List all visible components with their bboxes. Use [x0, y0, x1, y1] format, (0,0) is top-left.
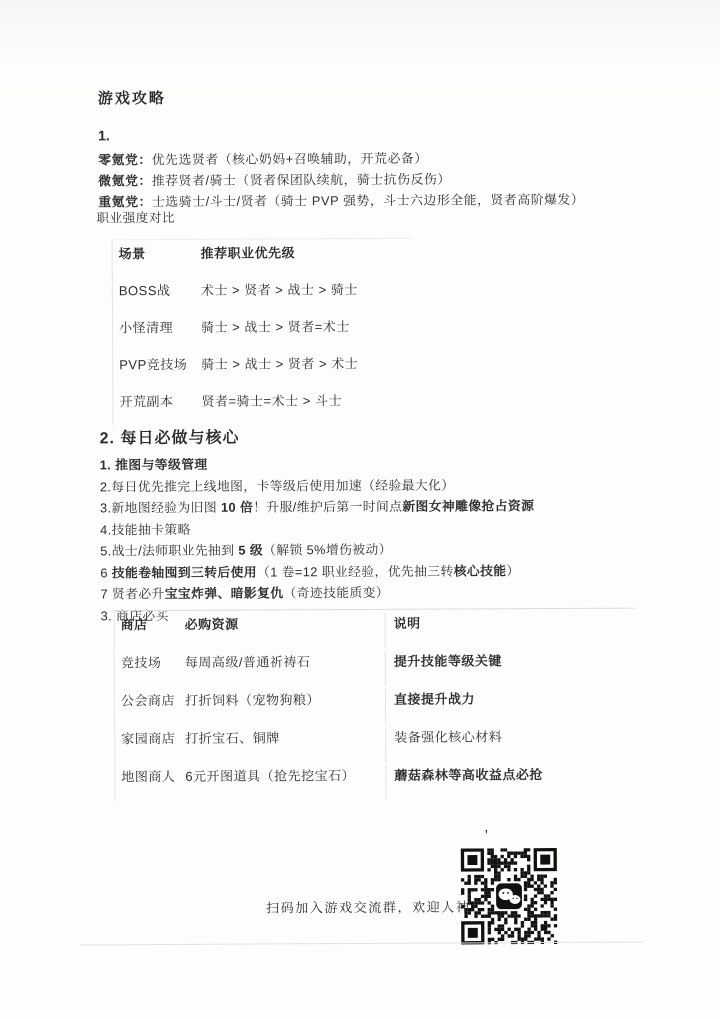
guide-line: 4.技能抽卡策略: [100, 517, 534, 541]
text-segment: 地图商人: [121, 769, 175, 784]
daily-guide-list: 1. 推图与等级管理2.每日优先推完上线地图，卡等级后使用加速（经验最大化）3.…: [100, 452, 535, 626]
text-segment: 打折宝石、铜牌: [185, 730, 280, 745]
text-segment: 装备强化核心材料: [394, 729, 502, 745]
party-line: 零氪党：优先选贤者（核心奶妈+召唤辅助，开荒必备）: [98, 147, 584, 171]
text-segment: 7 贤者必升: [100, 586, 164, 601]
table-row: BOSS战术士 > 贤者 > 战士 > 骑士: [113, 276, 413, 315]
party-recommendation-list: 零氪党：优先选贤者（核心奶妈+召唤辅助，开荒必备）微氪党：推荐贤者/骑士（贤者保…: [98, 147, 584, 213]
wechat-qr-code: [460, 848, 559, 945]
text-segment: 4.技能抽卡策略: [100, 521, 191, 536]
text-segment: 竞技场: [121, 655, 162, 670]
text-segment: 提升技能等级关键: [394, 653, 502, 669]
page-title: 游戏攻略: [98, 87, 166, 108]
table-cell: 说明: [385, 612, 635, 648]
text-segment: 10 倍: [221, 500, 253, 515]
table-cell: BOSS战: [113, 280, 201, 299]
table-cell: 小怪清理: [113, 317, 201, 336]
table-cell: PVP竞技场: [113, 354, 201, 373]
text-segment: 1. 推图与等级管理: [100, 457, 208, 473]
table-row: 小怪清理骑士 > 战士 > 贤者=术士: [113, 313, 413, 352]
table-header-row: 场景推荐职业优先级: [113, 239, 413, 278]
table-cell: 必购资源: [185, 613, 385, 633]
guide-line: 5.战士/法师职业先抽到 5 级（解锁 5%增伤被动）: [100, 538, 534, 562]
table-cell: 6元开图道具（抢先挖宝石）: [185, 765, 385, 785]
table-cell: 直接提升战力: [385, 688, 635, 724]
table-cell: 每周高级/普通祈祷石: [185, 651, 385, 671]
text-segment: ）: [506, 563, 519, 578]
guide-line: 7 贤者必升宝宝炸弹、暗影复仇（奇迹技能质变）: [100, 581, 534, 605]
text-segment: 商店: [121, 617, 148, 632]
text-segment: 6元开图道具（抢先挖宝石）: [185, 768, 355, 784]
table-row: PVP竞技场骑士 > 战士 > 贤者 > 术士: [113, 350, 413, 389]
guide-line: 2.每日优先推完上线地图，卡等级后使用加速（经验最大化）: [100, 474, 534, 498]
table-cell: 蘑菇森林等高收益点必抢: [385, 764, 635, 800]
table-cell: 骑士 > 战士 > 贤者=术士: [201, 316, 413, 336]
document-page: 游戏攻略 1. 零氪党：优先选贤者（核心奶妈+召唤辅助，开荒必备）微氪党：推荐贤…: [0, 0, 720, 1019]
table-cell: 打折宝石、铜牌: [185, 727, 385, 747]
table-cell: 场景: [113, 243, 201, 262]
section1-number: 1.: [98, 127, 110, 143]
qr-code-svg: [460, 848, 559, 945]
text-segment: 新图女神雕像抢占资源: [402, 498, 534, 514]
table-row: 竞技场每周高级/普通祈祷石提升技能等级关键: [115, 647, 635, 688]
text-segment: 零氪党：: [98, 152, 152, 167]
party-line: 微氪党：推荐贤者/骑士（贤者保团队续航，骑士抗伤反伤）: [98, 168, 584, 192]
scanned-document-photo: 游戏攻略 1. 零氪党：优先选贤者（核心奶妈+召唤辅助，开荒必备）微氪党：推荐贤…: [0, 0, 720, 1019]
text-segment: 家园商店: [121, 731, 175, 746]
table-cell: 贤者=骑士=术士 > 斗士: [201, 390, 413, 410]
text-segment: （1 卷=12 职业经验，优先抽三转: [257, 563, 454, 579]
text-segment: （解锁 5%增伤被动）: [263, 542, 392, 558]
guide-line: 3.新地图经验为旧图 10 倍！升服/维护后第一时间点新图女神雕像抢占资源: [100, 495, 534, 519]
table-header-row: 商店必购资源说明: [115, 609, 635, 650]
table-row: 家园商店打折宝石、铜牌装备强化核心材料: [115, 723, 635, 764]
table-cell: 商店: [115, 614, 185, 633]
text-segment: 6: [100, 565, 112, 580]
table-cell: 地图商人: [115, 766, 185, 785]
text-segment: 说明: [394, 616, 421, 631]
text-segment: 直接提升战力: [394, 691, 475, 706]
page-edge-line: [80, 942, 643, 946]
table-cell: 推荐职业优先级: [201, 242, 413, 262]
section1-subtitle: 职业强度对比: [96, 207, 175, 226]
text-segment: 技能卷轴囤到三转后使用: [112, 564, 257, 580]
text-segment: 宝宝炸弹、暗影复仇: [165, 585, 284, 601]
text-segment: 公会商店: [121, 693, 175, 708]
text-segment: ！升服/维护后第一时间点: [253, 499, 402, 515]
table-cell: 竞技场: [115, 652, 185, 671]
table-cell: 骑士 > 战士 > 贤者 > 术士: [201, 353, 413, 373]
text-segment: 2.每日优先推完上线地图，卡等级后使用加速（经验最大化）: [100, 477, 455, 494]
table-cell: 打折饲料（宠物狗粮）: [185, 689, 385, 709]
guide-line: 6 技能卷轴囤到三转后使用（1 卷=12 职业经验，优先抽三转核心技能）: [100, 560, 534, 584]
text-segment: （奇迹技能质变）: [283, 585, 389, 601]
table-row: 开荒副本贤者=骑士=术士 > 斗士: [113, 387, 413, 426]
class-priority-table: 场景推荐职业优先级BOSS战术士 > 贤者 > 战士 > 骑士小怪清理骑士 > …: [112, 238, 414, 426]
text-segment: 5.战士/法师职业先抽到: [100, 543, 238, 559]
text-segment: 蘑菇森林等高收益点必抢: [394, 767, 543, 783]
text-segment: 微氪党：: [98, 173, 152, 188]
table-row: 地图商人6元开图道具（抢先挖宝石）蘑菇森林等高收益点必抢: [115, 761, 635, 802]
text-segment: 3.新地图经验为旧图: [100, 500, 221, 516]
table-cell: 公会商店: [115, 690, 185, 709]
text-segment: 士选骑士/斗士/贤者（骑士 PVP 强势，斗士六边形全能，贤者高阶爆发）: [152, 192, 584, 209]
text-segment: 5 级: [238, 543, 263, 558]
text-segment: 核心技能: [454, 563, 507, 578]
shop-must-buy-table: 商店必购资源说明竞技场每周高级/普通祈祷石提升技能等级关键公会商店打折饲料（宠物…: [114, 608, 636, 802]
stray-apostrophe-mark: ’: [485, 827, 488, 844]
table-cell: 家园商店: [115, 728, 185, 747]
section2-heading: 2. 每日必做与核心: [100, 425, 240, 449]
text-segment: 每周高级/普通祈祷石: [185, 654, 311, 670]
table-cell: 术士 > 贤者 > 战士 > 骑士: [201, 279, 413, 299]
text-segment: 必购资源: [185, 617, 239, 632]
table-cell: 装备强化核心材料: [385, 726, 635, 762]
table-row: 公会商店打折饲料（宠物狗粮）直接提升战力: [115, 685, 635, 726]
guide-line: 1. 推图与等级管理: [100, 452, 534, 476]
table-cell: 提升技能等级关键: [385, 650, 635, 686]
table-cell: 开荒副本: [113, 391, 201, 410]
qr-caption: 扫码加入游戏交流群，欢迎人神: [266, 896, 471, 916]
text-segment: 打折饲料（宠物狗粮）: [185, 692, 320, 708]
text-segment: 优先选贤者（核心奶妈+召唤辅助，开荒必备）: [152, 151, 428, 167]
text-segment: 推荐贤者/骑士（贤者保团队续航，骑士抗伤反伤）: [152, 172, 451, 189]
